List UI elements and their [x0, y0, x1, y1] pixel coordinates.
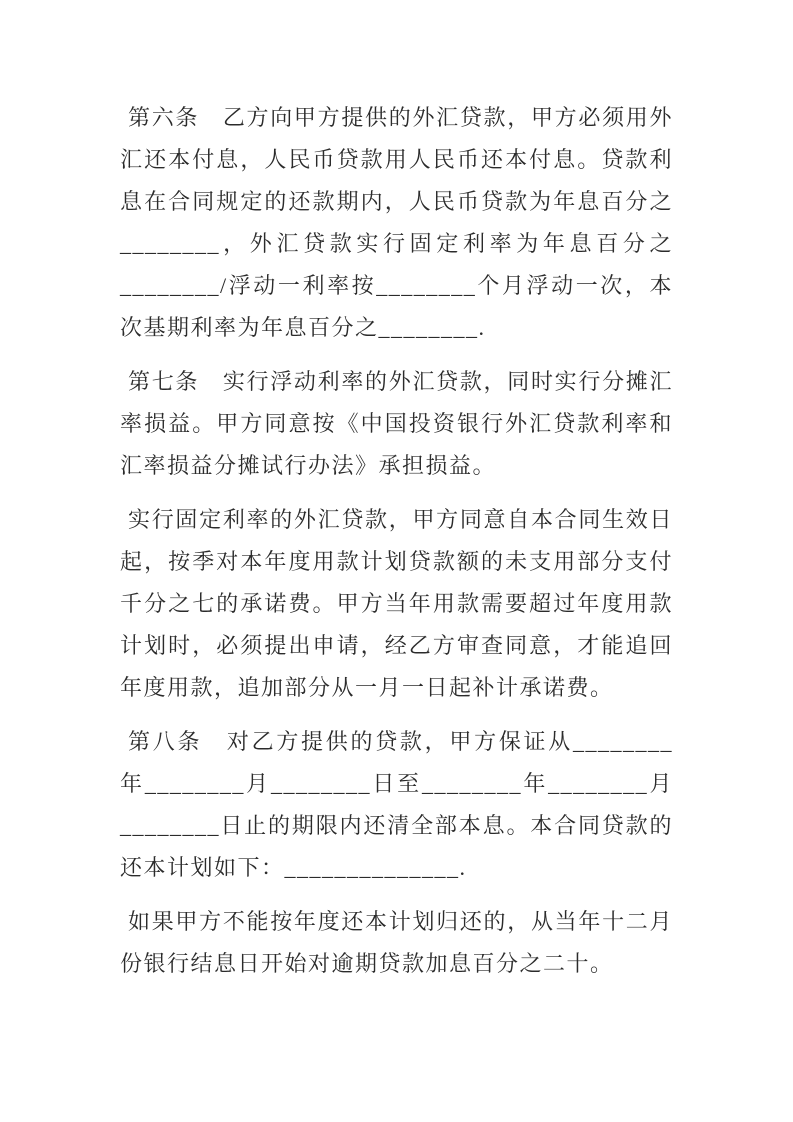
contract-text-block: 第六条 乙方向甲方提供的外汇贷款，甲方必须用外汇还本付息，人民币贷款用人民币还本…: [120, 97, 673, 997]
paragraph-article-6: 第六条 乙方向甲方提供的外汇贷款，甲方必须用外汇还本付息，人民币贷款用人民币还本…: [120, 97, 673, 349]
paragraph-article-8: 第八条 对乙方提供的贷款，甲方保证从________年________月____…: [120, 721, 673, 889]
paragraph-commitment-fee: 实行固定利率的外汇贷款，甲方同意自本合同生效日起，按季对本年度用款计划贷款额的未…: [120, 499, 673, 709]
document-page: 第六条 乙方向甲方提供的外汇贷款，甲方必须用外汇还本付息，人民币贷款用人民币还本…: [0, 0, 793, 1122]
paragraph-overdue-penalty: 如果甲方不能按年度还本计划归还的，从当年十二月份银行结息日开始对逾期贷款加息百分…: [120, 901, 673, 985]
paragraph-article-7: 第七条 实行浮动利率的外汇贷款，同时实行分摊汇率损益。甲方同意按《中国投资银行外…: [120, 361, 673, 487]
